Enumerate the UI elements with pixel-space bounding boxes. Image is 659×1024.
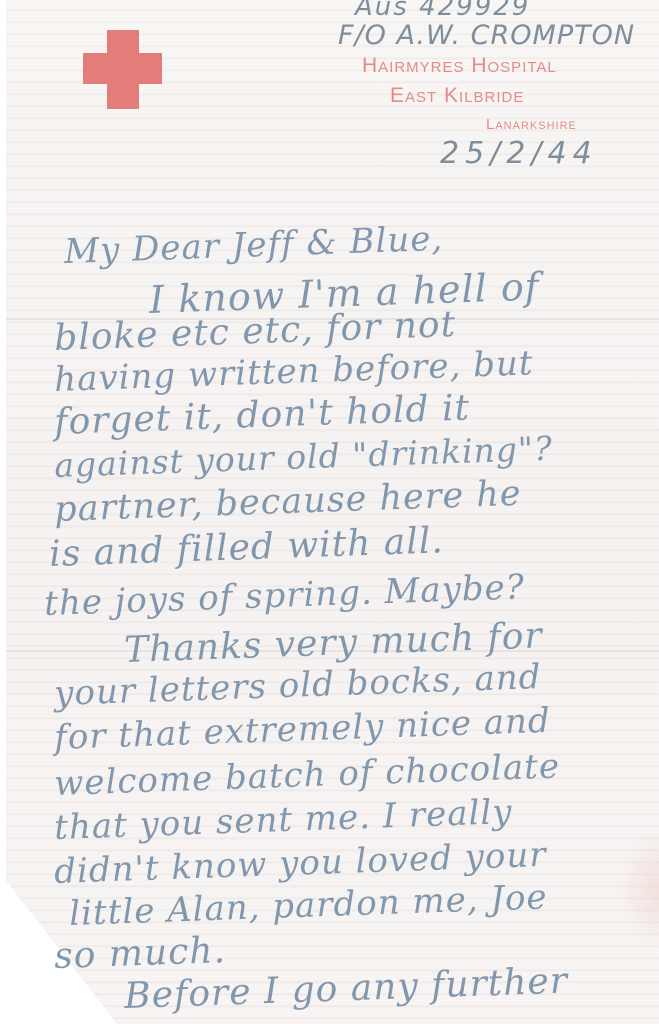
service-number: Aus 429929: [355, 0, 530, 22]
paper-stain: [619, 830, 659, 950]
red-cross-icon: [83, 30, 162, 109]
letterhead-hospital: Hairmyres Hospital: [362, 54, 557, 78]
letterhead-town: East Kilbride: [390, 84, 524, 108]
letter-line: so much.: [54, 930, 227, 977]
red-cross-horizontal-bar: [83, 53, 162, 84]
letterhead-county: Lanarkshire: [486, 116, 577, 133]
letter-date: 25/2/44: [440, 136, 598, 171]
sender-name: F/O A.W. CROMPTON: [338, 20, 635, 51]
